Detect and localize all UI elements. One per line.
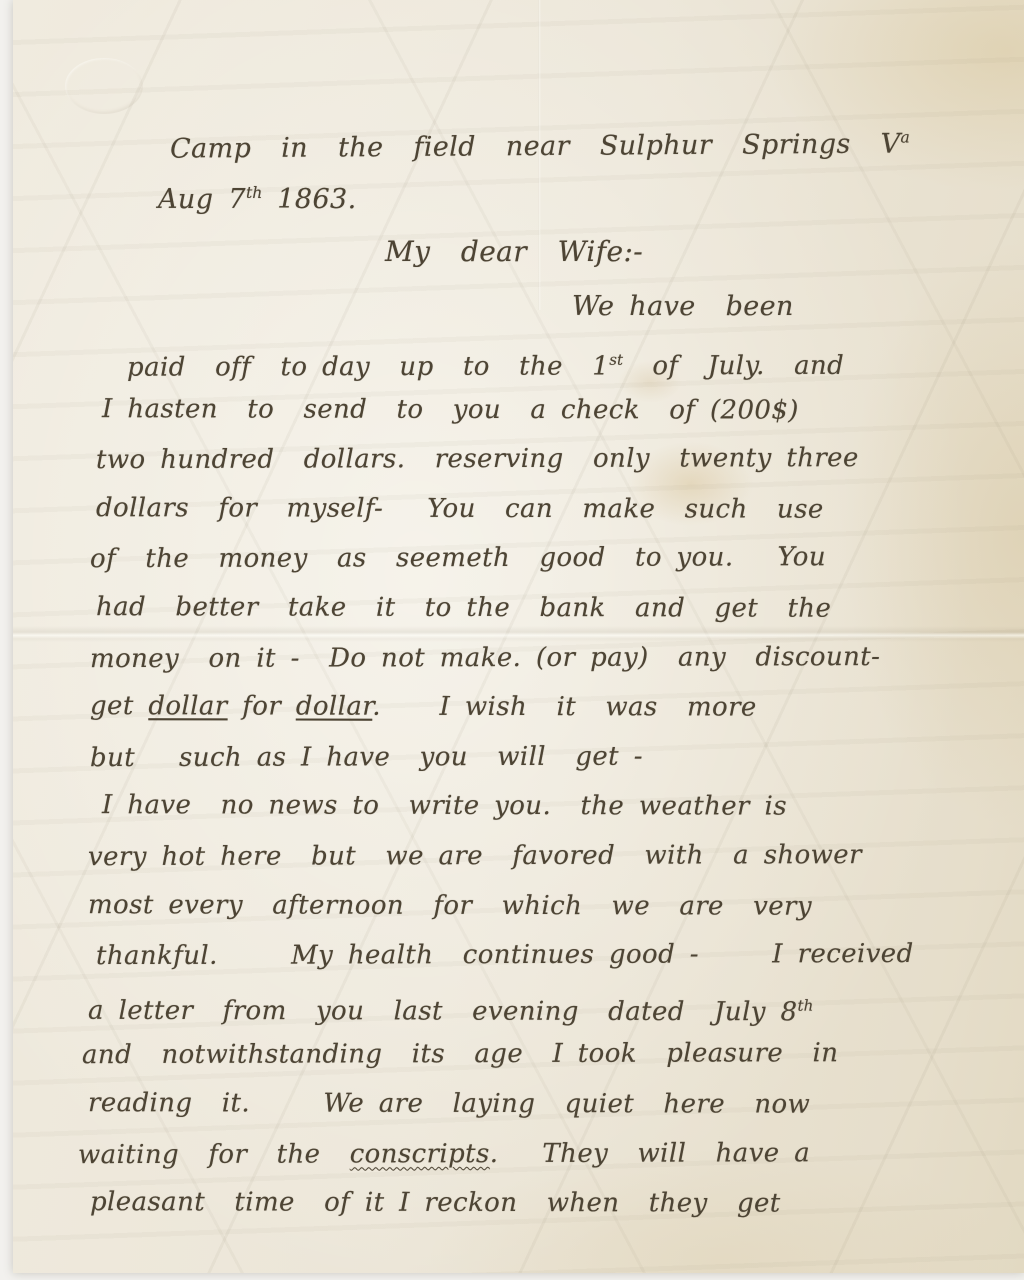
letter-text-segment: most every afternoon for which we are ve… xyxy=(88,890,812,922)
letter-line: money on it - Do not make. (or pay) any … xyxy=(0,632,1024,684)
letter-line: of the money as seemeth good to you. You xyxy=(0,533,1024,585)
letter-text-segment: had better take it to the bank and get t… xyxy=(96,592,831,624)
letter-text-segment: very hot here but we are favored with a … xyxy=(88,840,862,872)
letter-line: very hot here but we are favored with a … xyxy=(0,831,1024,883)
letter-line: dollars for myself- You can make such us… xyxy=(0,484,1024,536)
letter-body: paid off to day up to the 1st of July. a… xyxy=(0,336,1024,1229)
letter-text-segment: dollars for myself- You can make such us… xyxy=(96,493,824,525)
letter-text-segment: of July. and xyxy=(623,351,844,382)
letter-line: Aug 7th 1863. xyxy=(158,183,357,215)
letter-text-segment: dollar xyxy=(148,691,227,721)
letter-text-segment: th xyxy=(798,996,814,1014)
letter-line: reading it. We are laying quiet here now xyxy=(0,1079,1024,1131)
letter-text-segment: th xyxy=(246,183,262,202)
embossed-seal-icon xyxy=(65,58,143,114)
letter-line: I have no news to write you. the weather… xyxy=(0,781,1024,833)
letter-line: I hasten to send to you a check of (200$… xyxy=(0,385,1024,437)
letter-line: get dollar for dollar. I wish it was mor… xyxy=(0,682,1024,734)
letter-text-segment: a letter from you last evening dated Jul… xyxy=(88,995,798,1026)
letter-text-segment: but such as I have you will get - xyxy=(90,741,643,772)
letter-line: My dear Wife:- xyxy=(385,235,643,268)
letter-line: pleasant time of it I reckon when they g… xyxy=(0,1178,1024,1230)
letter-text-segment: st xyxy=(609,351,623,369)
letter-text-segment: Aug 7 xyxy=(158,184,246,215)
letter-line: Camp in the field near Sulphur Springs V… xyxy=(170,127,910,164)
letter-text-segment: thankful. My health continues good - I r… xyxy=(96,939,914,971)
letter-text-segment: pleasant time of it I reckon when they g… xyxy=(90,1187,781,1218)
letter-text-segment: dollar xyxy=(296,692,372,722)
letter-text-segment: paid off to day up to the 1 xyxy=(127,351,609,382)
letter-text-segment: My dear Wife:- xyxy=(385,235,643,268)
letter-text-segment: 1863. xyxy=(262,184,356,215)
letter-line: We have been xyxy=(572,291,794,322)
letter-text-segment: and notwithstanding its age I took pleas… xyxy=(82,1038,838,1070)
letter-line: most every afternoon for which we are ve… xyxy=(0,880,1024,932)
letter-text-segment: waiting for the xyxy=(78,1139,350,1170)
letter-text-segment: I hasten to send to you a check of (200$… xyxy=(102,394,799,425)
letter-text-segment: two hundred dollars. reserving only twen… xyxy=(96,443,859,475)
letter-text-segment: . I wish it was more xyxy=(372,692,757,723)
letter-text-segment: get xyxy=(90,691,148,721)
letter-text-segment: of the money as seemeth good to you. You xyxy=(90,543,826,575)
letter-text-segment: money on it - Do not make. (or pay) any … xyxy=(90,642,880,674)
letter-text-segment: conscripts xyxy=(350,1139,490,1169)
letter-text-segment: We have been xyxy=(572,291,794,322)
letter-text-segment: a xyxy=(900,127,909,146)
letter-line: two hundred dollars. reserving only twen… xyxy=(0,434,1024,486)
letter-line: but such as I have you will get - xyxy=(0,731,1024,783)
letter-line: paid off to day up to the 1st of July. a… xyxy=(0,335,1024,387)
letter-text-segment: I have no news to write you. the weather… xyxy=(102,790,787,821)
letter-text-segment: reading it. We are laying quiet here now xyxy=(88,1088,810,1120)
letter-line: and notwithstanding its age I took pleas… xyxy=(0,1029,1024,1081)
letter-text-segment: . They will have a xyxy=(490,1138,810,1169)
letter-line: thankful. My health continues good - I r… xyxy=(0,930,1024,982)
letter-line: waiting for the conscripts. They will ha… xyxy=(0,1128,1024,1180)
letter-line: had better take it to the bank and get t… xyxy=(0,583,1024,635)
letter-line: a letter from you last evening dated Jul… xyxy=(0,980,1024,1032)
letter-text-segment: Camp in the field near Sulphur Springs V xyxy=(170,128,901,164)
letter-text-segment: for xyxy=(228,692,296,722)
